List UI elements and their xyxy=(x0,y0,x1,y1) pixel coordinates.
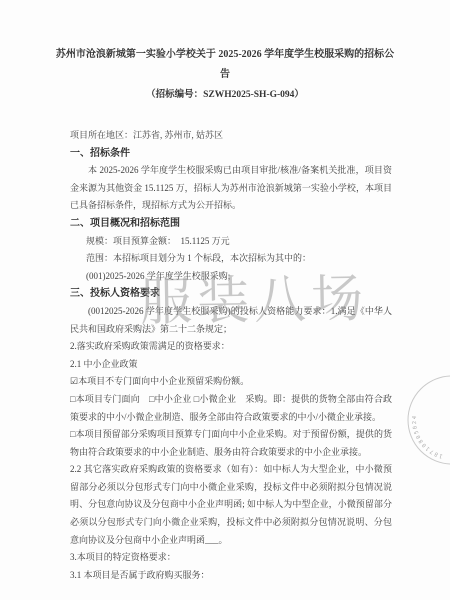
project-location: 项目所在地区：江苏省, 苏州市, 姑苏区 xyxy=(70,127,392,145)
scope-line: 范围：本招标项目划分为 1 个标段，本次招标为其中的： xyxy=(70,250,392,268)
budget-line: 规模：项目预算金额： 15.1125 万元 xyxy=(70,233,392,251)
stamp-digits: 18710805024 xyxy=(412,414,444,459)
section-heading-3: 三、投标人资格要求 xyxy=(70,285,392,303)
checkbox-line-checked: ☑本项目不专门面向中小企业预留采购份额。 xyxy=(70,373,392,391)
tender-number: （招标编号：SZWH2025-SH-G-094） xyxy=(0,85,450,105)
specific-requirement-line: 3.本项目的特定资格要求： xyxy=(70,549,392,567)
lot-line: (001)2025-2026 学年度学生校服采购; xyxy=(70,268,392,286)
section-heading-2: 二、项目概况和招标范围 xyxy=(70,215,392,233)
document-page: 服装八场 18710805024 苏州市沧浪新城第一实验小学校关于 2025-2… xyxy=(0,0,450,600)
circular-stamp: 18710805024 xyxy=(402,380,450,468)
section-heading-1: 一、招标条件 xyxy=(70,145,392,163)
sme-policy-heading: 2.1 中小企业政策 xyxy=(70,356,392,374)
checkbox-line-dedicated: □本项目专门面向 □中小企业 □小微企业 采购。即：提供的货物全部由符合政策要求… xyxy=(70,391,392,426)
stamp-digits-text: 18710805024 xyxy=(412,414,444,459)
checkbox-line-reserved: □本项目预留部分采购项目预算专门面向中小企业采购。对于预留份额，提供的货物由符合… xyxy=(70,426,392,461)
gov-purchase-service-line: 3.1 本项目是否属于政府购买服务： xyxy=(70,567,392,585)
tender-conditions-paragraph: 本 2025-2026 学年度学生校服采购已由项目审批/核准/备案机关批准，项目… xyxy=(70,162,392,215)
policy-requirement-line: 2.落实政府采购政策需满足的资格要求： xyxy=(70,338,392,356)
document-title: 苏州市沧浪新城第一实验小学校关于 2025-2026 学年度学生校服采购的招标公… xyxy=(55,45,395,85)
document-body: 项目所在地区：江苏省, 苏州市, 姑苏区 一、招标条件 本 2025-2026 … xyxy=(70,127,392,584)
other-policy-paragraph: 2.2 其它落实政府采购政策的资格要求（如有）：如中标人为大型企业，中小微预留部… xyxy=(70,461,392,549)
qualification-requirement: (0012025-2026 学年度学生校服采购)的投标人资格能力要求：1.满足《… xyxy=(70,303,392,338)
